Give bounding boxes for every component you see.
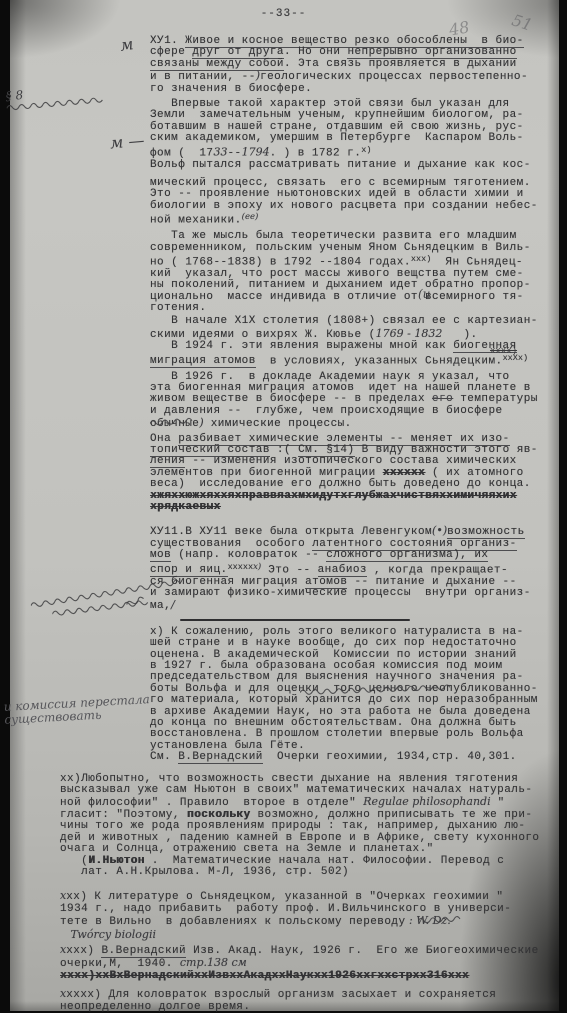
struck-out-text: хжяххюжхяххяхправвяахмхидутхглубжахчиств… [150, 490, 517, 502]
typed-text: Земли замечательным ученым, крупнейшим б… [150, 109, 524, 121]
typed-text: и замирают физико-химические процессы вн… [150, 587, 531, 599]
typed-text: дей и животных , падению камней в Европе… [60, 832, 539, 844]
typed-text: Та же мысль была теоретически развита ег… [150, 230, 517, 242]
divider-line [180, 619, 410, 621]
typed-text: " [491, 797, 505, 809]
typed-line: ной философии" . Правило второе в отделе… [60, 796, 567, 809]
handwritten-footnote-marker: (ее) [242, 212, 259, 222]
typed-text: . Но они [284, 46, 347, 58]
typed-text: го значения в биосфере. [150, 83, 312, 95]
typed-line: обычные) химические процессы. [150, 417, 567, 430]
typed-text: , когда прекращает- [367, 564, 508, 576]
typed-paragraph: Впервые такой характер этой связи был ук… [150, 99, 567, 171]
typed-text: очерки,М, 1940. [60, 958, 180, 970]
overtyped-bold-text: поскольку [187, 809, 250, 821]
footnote-paragraph: хх)Любопытно, что возможность свести дых… [60, 774, 567, 879]
typed-text: в условиях, указанных Сьнядецким. [256, 355, 503, 367]
typed-text: неопределенно долгое время. [60, 1001, 250, 1013]
typed-line: лат. А.Н.Крылова. М-Л, 1936, стр. 502) [60, 867, 567, 878]
typed-text: хх)Любопытно, что возможность свести дых… [60, 773, 518, 785]
typed-text: В 1924 г. эти явления выражены мной как [150, 340, 453, 352]
typed-text: тете в Вильно в добавлениях к польскому … [60, 916, 406, 928]
underlined-text: связаны между собой [150, 58, 284, 71]
typed-text: шей стране и в науке вообще, до сих пор … [150, 637, 517, 649]
typed-line: и давления -- глубже, чем происходящие в… [150, 406, 567, 417]
typed-text: ционально массе индивида в отличие от вс… [150, 291, 524, 303]
typed-text: оценена. В академической Комиссии по ист… [150, 649, 517, 661]
handwritten-text: (•) [432, 524, 447, 537]
typed-text: Ян Сьнядец- [431, 256, 523, 268]
footnote-marker: ххх) [411, 254, 431, 264]
typed-text: сфере [150, 46, 192, 58]
handwritten-footnote-marker: х) [253, 562, 261, 572]
typed-line: ХУ11.В ХУ11 веке была открыта Левенгуком… [150, 525, 567, 538]
struck-out-text: хрядкаевых [150, 501, 221, 513]
handwritten-text: 1794 [242, 145, 270, 158]
typed-paragraph: В 1926 г. в докладе Академии наук я указ… [150, 372, 567, 431]
typed-line: современником, польским ученым Яном Сьня… [150, 243, 567, 254]
handwritten-text: м — [109, 131, 145, 153]
typed-text: элементов при биогенной миграции [150, 467, 383, 479]
underlined-text: сложного организма), их [326, 549, 488, 562]
typed-line: хххх) В.Вернадский Изв. Акад. Наук, 1926… [60, 944, 567, 957]
typed-line: мов (напр. коловраток -- сложного органи… [150, 550, 567, 561]
typed-paragraph: Она разбивает химические элементы -- мен… [150, 434, 567, 514]
underlined-text: мов [150, 549, 171, 562]
handwritten-text: § 8 [5, 88, 24, 103]
handwritten-text: 33 [213, 145, 227, 158]
typed-text: но ( 1768--1838) в 1792 --1804 годах. [150, 256, 411, 268]
typed-text: температуры [453, 393, 538, 405]
footnote-paragraph: ххх) К литературе о Сьнядецком, указанно… [60, 890, 567, 942]
typed-text: ма, [150, 600, 171, 612]
typed-text: кий указал, что рост массы живого вещств… [150, 268, 524, 280]
typed-text: Вольф пытался рассматривать питание и ды… [150, 159, 531, 171]
typed-line: но ( 1768--1838) в 1792 --1804 годах.ххх… [150, 254, 567, 269]
typed-paragraph: Та же мысль была теоретически развита ег… [150, 231, 567, 314]
typed-text: Очерки геохимии, 1934,стр. 40,301. [263, 751, 517, 763]
footnote-paragraph: хххх) В.Вернадский Изв. Акад. Наук, 1926… [60, 944, 567, 982]
typed-text: и в питании, -- [150, 71, 256, 83]
typed-text: биологии в эпоху их нового расцвета при … [150, 200, 538, 212]
typed-text: веса) исследование его должно быть довед… [150, 478, 531, 490]
scribbled-out-text: его [432, 393, 453, 405]
typed-text: . ) в 1782 г. [270, 147, 362, 159]
handwritten-text: стр.138 см [180, 956, 247, 969]
typed-line: хрядкаевых [150, 502, 567, 513]
typed-paragraph: мический процесс, связать его с всемирны… [150, 178, 567, 227]
typed-line: фом ( 1733--1794. ) в 1782 г.х) [150, 145, 567, 160]
typed-line: 1934 г., надо прибавить работу проф. И.В… [60, 904, 567, 915]
typed-text: очага и Солнца, отражению света на Земле… [60, 843, 434, 855]
typed-text: ной механики. [150, 215, 242, 227]
footnote-marker: х) [361, 145, 371, 155]
typed-text: ХУ11.В ХУ11 веке была открыта Левенгуком [150, 526, 432, 538]
typed-line: спор и яиц.хххххх) Это -- анабиоз , когд… [150, 562, 567, 577]
typed-text: ны поколений, питанием и дыханием идет о… [150, 279, 531, 291]
typed-text: возможно, должно приписывать те же при- [250, 809, 532, 821]
struck-out-text: хххххх [383, 467, 425, 479]
typed-text: ной философии" . Правило второе в отделе… [60, 797, 363, 809]
typed-text: х) К сожалению, роль этого великого нату… [150, 626, 524, 638]
typed-text: . Математические начала нат. Философии. … [145, 855, 505, 867]
typed-text: в 1927 г. была образована особая комисси… [150, 660, 503, 672]
handwritten-text: Regulae philosophandi [363, 795, 490, 808]
interline-strike: хххх) [490, 345, 517, 358]
typed-text: Это -- [261, 564, 317, 576]
typed-line: Twórcy biologii [60, 929, 567, 942]
typed-text: 1934 г., надо прибавить работу проф. И.В… [60, 903, 511, 915]
typed-line: ной механики.(ее) [150, 212, 567, 227]
typed-text: -- питание и дыхание -- [347, 576, 516, 588]
typed-text: живом веществе в биосфере -- в пределах [150, 393, 432, 405]
typed-line: готения. [150, 303, 567, 314]
typed-text: в архиве Академии Наук, но эта работа не… [150, 706, 531, 718]
handwritten-text: м [119, 34, 135, 55]
insertion-mark: (и [418, 288, 430, 301]
typed-text: гласит: "Поэтому, [60, 809, 187, 821]
typed-line: неопределенно долгое время. [60, 1002, 567, 1013]
handwritten-text: 48 [448, 17, 471, 39]
struck-out-text: хххх)ххВхВернадскийххИзвххАкадххНаукхх19… [60, 970, 469, 982]
typed-text: восстановлена. В прошлом столетии впервы… [150, 728, 524, 740]
typed-text: ским академиком, умершим в Петербурге Ка… [150, 132, 524, 144]
typed-text: и давления -- глубже, чем происходящие в… [150, 405, 503, 417]
handwritten-text: Twórcy biologii [60, 928, 156, 941]
underlined-text: В.Вернадский [101, 945, 186, 958]
typed-text: высказывал уже сам Ньютон в своих" матем… [60, 784, 532, 796]
typed-text: . Эта связь проявляется в дыхании [284, 58, 517, 70]
underlined-text: миграция атомов [150, 355, 256, 368]
typed-line: ским академиком, умершим в Петербурге Ка… [150, 133, 567, 144]
typed-line: и в питании, --)геологических процессах … [150, 70, 567, 83]
document-body: ХУ1. Живое и косное вещество резко обосо… [0, 36, 567, 1013]
typed-line: го значения в биосфере. [150, 84, 567, 95]
typed-text: ххх) [66, 945, 101, 957]
typed-text: лат. А.Н.Крылова. М-Л, 1936, стр. 502) [60, 866, 349, 878]
typed-text: См. [150, 751, 178, 763]
typed-text: председательством для выяснения научного… [150, 671, 524, 683]
pencil-page-mark: 51 [510, 13, 533, 32]
typed-text: ( их атомного [425, 467, 524, 479]
typed-paragraph: В начале Х1Х столетия (1808+) связал ее … [150, 316, 567, 367]
typed-paragraph: ХУ11.В ХУ11 веке была открыта Левенгуком… [150, 525, 567, 612]
typed-line: связаны между собой. Эта связь проявляет… [150, 59, 567, 70]
footnote-paragraph: ххххх) Для коловраток взрослый организм … [60, 988, 567, 1013]
typed-line: В начале Х1Х столетия (1808+) связал ее … [150, 316, 567, 327]
typed-text: чины того же рода проявлениям природы : … [60, 820, 525, 832]
typed-text: (напр. коловраток -- [171, 549, 326, 561]
page-number: --33-- [0, 8, 567, 20]
typed-line: ххх) К литературе о Сьнядецком, указанно… [60, 890, 567, 903]
typed-text: Изв. Акад. Наук, 1926 г. Его же Биогеохи… [186, 945, 539, 957]
typed-text: В виду важности этого яв- [355, 444, 538, 456]
typed-text: В 1926 г. в докладе Академии наук я указ… [150, 371, 510, 383]
handwritten-text: хххх) [490, 346, 517, 356]
pencil-page-mark: 48 [448, 20, 470, 36]
typed-line: ционально массе индивида в отличие от вс… [150, 292, 567, 303]
typed-text: -- [227, 147, 241, 159]
typed-text: Она [150, 433, 178, 445]
typed-line: См. В.Вернадский Очерки геохимии, 1934,с… [150, 752, 567, 763]
typed-text: -- изменения изотопического состава хими… [185, 455, 516, 467]
overtyped-bold-text: И.Ньютон [88, 855, 144, 867]
typed-line: и замирают физико-химические процессы вн… [150, 588, 567, 599]
typed-line: ххххх) Для коловраток взрослый организм … [60, 988, 567, 1001]
typed-text: Это -- проявление ньютоновских идей в об… [150, 188, 524, 200]
typed-text: фом ( 17 [150, 147, 213, 159]
handwritten-text: (и [418, 287, 430, 301]
typed-line: биологии в эпоху их нового расцвета при … [150, 201, 567, 212]
typed-text: химические процессы. [204, 418, 352, 430]
typed-text: ( [60, 855, 88, 867]
typed-text: хх) К литературе о Сьнядецком, указанной… [66, 891, 503, 903]
typed-text: хххх) Для коловраток взрослый организм з… [66, 989, 496, 1001]
typed-text: геологических процессах первостепенно- [260, 71, 528, 83]
typed-paragraph: ХУ1. Живое и косное вещество резко обосо… [150, 36, 567, 95]
typed-line: хххх)ххВхВернадскийххИзвххАкадххНаукхх19… [60, 971, 567, 982]
typed-text: готения. [150, 302, 206, 314]
handwritten-text: / [171, 598, 175, 611]
scanned-document-page: --33-- ХУ1. Живое и косное вещество резк… [0, 0, 567, 1013]
typed-text: В начале Х1Х столетия (1808+) связал ее … [150, 315, 538, 327]
footnote-marker: ххххх [228, 562, 254, 572]
typed-line: тете в Вильно в добавлениях к польскому … [60, 915, 567, 928]
handwritten-text: 1769 - 1832 [376, 327, 443, 340]
underlined-text: В.Вернадский [178, 751, 263, 764]
marginal-flourish: м — [109, 134, 144, 150]
typed-text: современником, польским ученым Яном Сьня… [150, 242, 531, 254]
marginal-flourish: м [119, 37, 134, 52]
typed-line: ма,/ [150, 599, 567, 612]
typed-line: очерки,М, 1940. стр.138 см [60, 957, 567, 970]
typed-line: Вольф пытался рассматривать питание и ды… [150, 160, 567, 171]
typed-text: :( [270, 444, 298, 456]
